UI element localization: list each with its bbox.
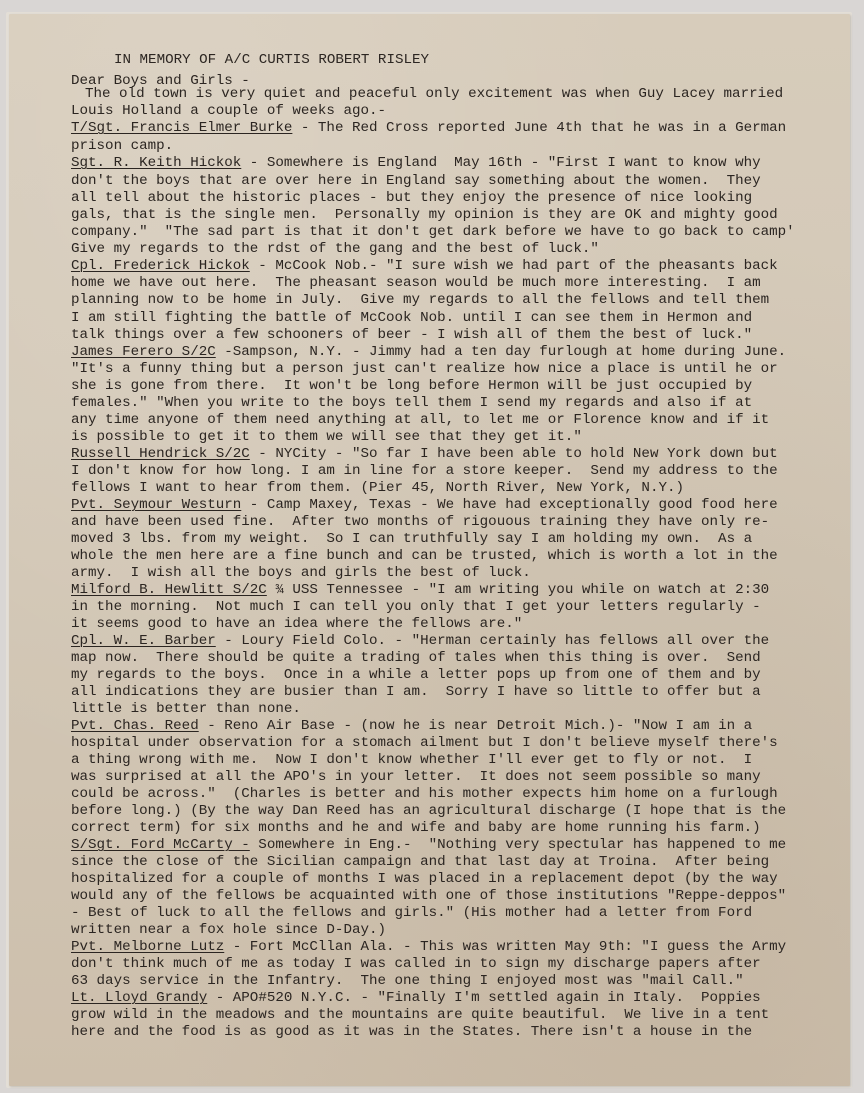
line-text: all indications they are busier than I a… [71, 684, 761, 700]
serviceman-name: Milford B. Hewlitt S/2C [71, 582, 267, 598]
line-text: a thing wrong with me. Now I don't know … [71, 752, 752, 768]
letter-line: whole the men here are a fine bunch and … [71, 549, 778, 563]
line-text: company." "The sad part is that it don't… [71, 224, 795, 240]
entry-heading-line: Cpl. Frederick Hickok - McCook Nob.- "I … [71, 259, 778, 273]
line-text: map now. There should be quite a trading… [71, 650, 761, 666]
serviceman-name: Pvt. Melborne Lutz [71, 939, 224, 955]
line-text: -Sampson, N.Y. - Jimmy had a ten day fur… [216, 344, 786, 360]
line-text: I don't know for how long. I am in line … [71, 463, 778, 479]
letter-line: would any of the fellows be acquainted w… [71, 889, 786, 903]
letter-line: I am still fighting the battle of McCook… [71, 311, 752, 325]
line-text: whole the men here are a fine bunch and … [71, 548, 778, 564]
line-text: fellows I want to hear from them. (Pier … [71, 480, 684, 496]
letter-line: here and the food is as good as it was i… [71, 1025, 752, 1039]
line-text: moved 3 lbs. from my weight. So I can tr… [71, 531, 752, 547]
letter-line: and have been used fine. After two month… [71, 515, 769, 529]
letter-line: all indications they are busier than I a… [71, 685, 761, 699]
line-text: "It's a funny thing but a person just ca… [71, 361, 778, 377]
letter-line: any time anyone of them need anything at… [71, 413, 769, 427]
letter-line: a thing wrong with me. Now I don't know … [71, 753, 752, 767]
serviceman-name: Lt. Lloyd Grandy [71, 990, 207, 1006]
line-text: 63 days service in the Infantry. The one… [71, 973, 744, 989]
line-text: The old town is very quiet and peaceful … [85, 86, 783, 102]
entry-heading-line: Pvt. Seymour Westurn - Camp Maxey, Texas… [71, 498, 778, 512]
entry-heading-line: T/Sgt. Francis Elmer Burke - The Red Cro… [71, 121, 786, 135]
letter-line: home we have out here. The pheasant seas… [71, 276, 761, 290]
line-text: home we have out here. The pheasant seas… [71, 275, 761, 291]
letter-line: don't the boys that are over here in Eng… [71, 174, 761, 188]
letter-line: company." "The sad part is that it don't… [71, 225, 795, 239]
serviceman-name: Cpl. W. E. Barber [71, 633, 216, 649]
letter-line: Louis Holland a couple of weeks ago.- [71, 104, 386, 118]
entry-heading-line: Milford B. Hewlitt S/2C ¾ USS Tennessee … [71, 583, 769, 597]
line-text: - APO#520 N.Y.C. - "Finally I'm settled … [207, 990, 760, 1006]
line-text: grow wild in the meadows and the mountai… [71, 1007, 769, 1023]
letter-line: army. I wish all the boys and girls the … [71, 566, 531, 580]
line-text: ¾ USS Tennessee - "I am writing you whil… [267, 582, 769, 598]
letter-line: moved 3 lbs. from my weight. So I can tr… [71, 532, 752, 546]
letter-line: little is better than none. [71, 702, 301, 716]
letter-line: was surprised at all the APO's in your l… [71, 770, 761, 784]
letter-line: before long.) (By the way Dan Reed has a… [71, 804, 786, 818]
entry-heading-line: Lt. Lloyd Grandy - APO#520 N.Y.C. - "Fin… [71, 991, 761, 1005]
line-text: would any of the fellows be acquainted w… [71, 888, 786, 904]
letter-line: 63 days service in the Infantry. The one… [71, 974, 744, 988]
serviceman-name: Pvt. Chas. Reed [71, 718, 199, 734]
serviceman-name: Sgt. R. Keith Hickok [71, 155, 241, 171]
line-text: my regards to the boys. Once in a while … [71, 667, 761, 683]
line-text: prison camp. [71, 138, 173, 154]
letter-line: talk things over a few schooners of beer… [71, 328, 752, 342]
entry-heading-line: Pvt. Melborne Lutz - Fort McCllan Ala. -… [71, 940, 786, 954]
line-text: correct term) for six months and he and … [71, 820, 761, 836]
letter-line: I don't know for how long. I am in line … [71, 464, 778, 478]
line-text: planning now to be home in July. Give my… [71, 292, 769, 308]
entry-heading-line: S/Sgt. Ford McCarty - Somewhere in Eng.-… [71, 838, 786, 852]
line-text: talk things over a few schooners of beer… [71, 327, 752, 343]
line-text: - Somewhere is England May 16th - "First… [241, 155, 760, 171]
line-text: Louis Holland a couple of weeks ago.- [71, 103, 386, 119]
line-text: - Reno Air Base - (now he is near Detroi… [199, 718, 752, 734]
entry-heading-line: Cpl. W. E. Barber - Loury Field Colo. - … [71, 634, 769, 648]
letter-line: hospital under observation for a stomach… [71, 736, 778, 750]
line-text: is possible to get it to them we will se… [71, 429, 582, 445]
letter-line: since the close of the Sicilian campaign… [71, 855, 769, 869]
line-text: Give my regards to the rdst of the gang … [71, 241, 599, 257]
entry-heading-line: Russell Hendrick S/2C - NYCity - "So far… [71, 447, 778, 461]
letter-line: females." "When you write to the boys te… [71, 396, 752, 410]
line-text: in the morning. Not much I can tell you … [71, 599, 761, 615]
line-text: all tell about the historic places - but… [71, 190, 752, 206]
letter-line: written near a fox hole since D-Day.) [71, 923, 386, 937]
entry-heading-line: James Ferero S/2C -Sampson, N.Y. - Jimmy… [71, 345, 786, 359]
entry-heading-line: Sgt. R. Keith Hickok - Somewhere is Engl… [71, 156, 761, 170]
serviceman-name: T/Sgt. Francis Elmer Burke [71, 120, 292, 136]
line-text: - Loury Field Colo. - "Herman certainly … [216, 633, 769, 649]
serviceman-name: James Ferero S/2C [71, 344, 216, 360]
letter-line: hospitalized for a couple of months I wa… [71, 872, 778, 886]
line-text: gals, that is the single men. Personally… [71, 207, 778, 223]
line-text: could be across." (Charles is better and… [71, 786, 778, 802]
line-text: it seems good to have an idea where the … [71, 616, 522, 632]
letter-line: Give my regards to the rdst of the gang … [71, 242, 599, 256]
line-text: before long.) (By the way Dan Reed has a… [71, 803, 786, 819]
line-text: any time anyone of them need anything at… [71, 412, 769, 428]
letter-line: prison camp. [71, 139, 173, 153]
line-text: females." "When you write to the boys te… [71, 395, 752, 411]
line-text: - Fort McCllan Ala. - This was written M… [224, 939, 786, 955]
letter-line: map now. There should be quite a trading… [71, 651, 761, 665]
line-text: hospital under observation for a stomach… [71, 735, 778, 751]
line-text: I am still fighting the battle of McCook… [71, 310, 752, 326]
line-text: Somewhere in Eng.- "Nothing very spectul… [250, 837, 786, 853]
letter-line: correct term) for six months and he and … [71, 821, 761, 835]
line-text: since the close of the Sicilian campaign… [71, 854, 769, 870]
letter-line: is possible to get it to them we will se… [71, 430, 582, 444]
line-text: and have been used fine. After two month… [71, 514, 769, 530]
line-text: - McCook Nob.- "I sure wish we had part … [250, 258, 778, 274]
line-text: here and the food is as good as it was i… [71, 1024, 752, 1040]
serviceman-name: Russell Hendrick S/2C [71, 446, 250, 462]
line-text: don't think much of me as today I was ca… [71, 956, 761, 972]
line-text: was surprised at all the APO's in your l… [71, 769, 761, 785]
line-text: hospitalized for a couple of months I wa… [71, 871, 778, 887]
line-text: - Camp Maxey, Texas - We have had except… [241, 497, 777, 513]
letter-line: my regards to the boys. Once in a while … [71, 668, 761, 682]
line-text: - NYCity - "So far I have been able to h… [250, 446, 778, 462]
line-text: - The Red Cross reported June 4th that h… [292, 120, 786, 136]
line-text: army. I wish all the boys and girls the … [71, 565, 531, 581]
letter-line: grow wild in the meadows and the mountai… [71, 1008, 769, 1022]
line-text: written near a fox hole since D-Day.) [71, 922, 386, 938]
letter-line: fellows I want to hear from them. (Pier … [71, 481, 684, 495]
letter-line: could be across." (Charles is better and… [71, 787, 778, 801]
letter-line: planning now to be home in July. Give my… [71, 293, 769, 307]
letter-line: don't think much of me as today I was ca… [71, 957, 761, 971]
letter-line: "It's a funny thing but a person just ca… [71, 362, 778, 376]
line-text: - Best of luck to all the fellows and gi… [71, 905, 752, 921]
serviceman-name: Pvt. Seymour Westurn [71, 497, 241, 513]
letter-line: she is gone from there. It won't be long… [71, 379, 752, 393]
line-text: don't the boys that are over here in Eng… [71, 173, 761, 189]
serviceman-name: S/Sgt. Ford McCarty - [71, 837, 250, 853]
entry-heading-line: Pvt. Chas. Reed - Reno Air Base - (now h… [71, 719, 752, 733]
line-text: she is gone from there. It won't be long… [71, 378, 752, 394]
letter-line: - Best of luck to all the fellows and gi… [71, 906, 752, 920]
letter-title: IN MEMORY OF A/C CURTIS ROBERT RISLEY [114, 52, 429, 68]
letter-line: all tell about the historic places - but… [71, 191, 752, 205]
serviceman-name: Cpl. Frederick Hickok [71, 258, 250, 274]
letter-line: in the morning. Not much I can tell you … [71, 600, 761, 614]
letter-line: it seems good to have an idea where the … [71, 617, 522, 631]
line-text: little is better than none. [71, 701, 301, 717]
letter-line: The old town is very quiet and peaceful … [85, 87, 783, 101]
letter-line: gals, that is the single men. Personally… [71, 208, 778, 222]
